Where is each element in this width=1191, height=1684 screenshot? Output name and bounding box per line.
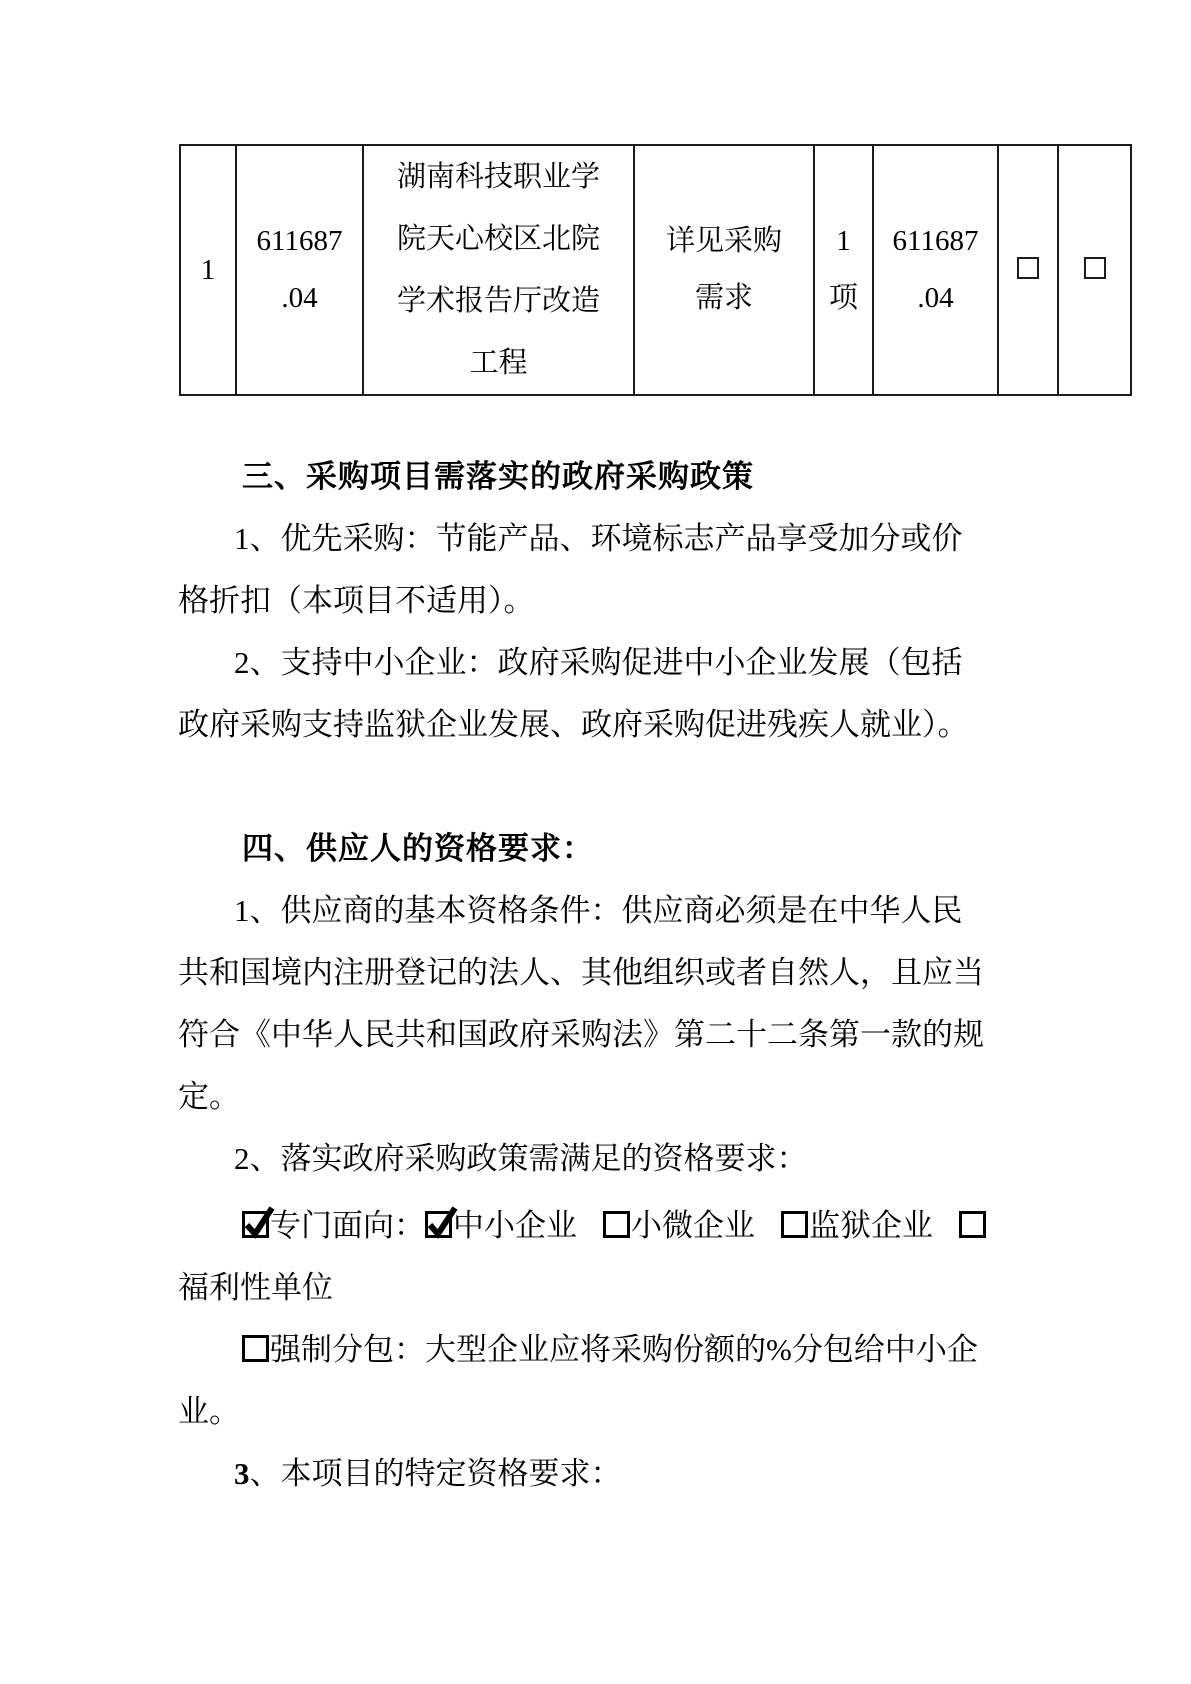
paragraph-line: 3、本项目的特定资格要求： [178, 1443, 1022, 1505]
mandatory-subcontract-line: 强制分包：大型企业应将采购份额的%分包给中小企 [178, 1319, 1022, 1381]
project-name-line: 湖南科技职业学 [364, 146, 633, 208]
budget-line: .04 [237, 270, 362, 327]
project-name-line: 院天心校区北院 [364, 208, 633, 270]
amount-line: 611687 [874, 213, 997, 270]
paragraph-line: 1、供应商的基本资格条件：供应商必须是在中华人民 [178, 880, 1022, 942]
empty-checkbox-icon [242, 1335, 269, 1362]
paragraph-line: 2、落实政府采购政策需满足的资格要求： [178, 1128, 1022, 1190]
project-name-line: 学术报告厅改造 [364, 270, 633, 332]
cell-budget: 611687 .04 [236, 145, 363, 395]
empty-checkbox-icon [959, 1211, 986, 1238]
checked-checkbox-icon [242, 1211, 269, 1238]
paragraph-line: 业。 [178, 1381, 1022, 1443]
section4-heading: 四、供应人的资格要求： [178, 818, 1022, 880]
empty-checkbox-icon [1084, 257, 1106, 279]
paragraph-line: 2、支持中小企业：政府采购促进中小企业发展（包括 [178, 632, 1022, 694]
specially-for-label: 专门面向： [270, 1208, 425, 1243]
paragraph-line: 1、优先采购：节能产品、环境标志产品享受加分或价 [178, 508, 1022, 570]
paragraph-line: 格折扣（本项目不适用）。 [178, 570, 1022, 632]
cell-amount: 611687 .04 [873, 145, 998, 395]
item-number: 3 [234, 1456, 250, 1491]
option-label: 小微企业 [631, 1208, 755, 1243]
budget-line: 611687 [237, 213, 362, 270]
cell-option2 [1058, 145, 1131, 395]
procurement-lots-table: 1 611687 .04 湖南科技职业学 院天心校区北院 学术报告厅改造 工程 … [179, 144, 1132, 396]
checked-checkbox-icon [425, 1211, 452, 1238]
option-label-wrapped: 福利性单位 [178, 1257, 1022, 1319]
document-page: 1 611687 .04 湖南科技职业学 院天心校区北院 学术报告厅改造 工程 … [0, 0, 1191, 1684]
project-name-line: 工程 [364, 332, 633, 394]
cell-seq: 1 [180, 145, 236, 395]
paragraph-line: 定。 [178, 1066, 1022, 1128]
cell-option1 [998, 145, 1058, 395]
mandatory-subcontract-text: 强制分包：大型企业应将采购份额的%分包给中小企 [270, 1332, 978, 1367]
qty-line: 1 [815, 213, 872, 270]
document-body: 三、采购项目需落实的政府采购政策 1、优先采购：节能产品、环境标志产品享受加分或… [178, 446, 1022, 1505]
cell-spec: 详见采购 需求 [634, 145, 814, 395]
paragraph-line: 符合《中华人民共和国政府采购法》第二十二条第一款的规 [178, 1004, 1022, 1066]
seq-value: 1 [201, 254, 216, 286]
empty-checkbox-icon [781, 1211, 808, 1238]
option-label: 中小企业 [453, 1208, 577, 1243]
item-text: 、本项目的特定资格要求： [250, 1456, 622, 1491]
cell-qty: 1 项 [814, 145, 873, 395]
qty-line: 项 [815, 270, 872, 327]
cell-project-name: 湖南科技职业学 院天心校区北院 学术报告厅改造 工程 [363, 145, 634, 395]
paragraph-line: 政府采购支持监狱企业发展、政府采购促进残疾人就业）。 [178, 694, 1022, 756]
spec-line: 详见采购 [635, 213, 813, 270]
option-label: 监狱企业 [809, 1208, 933, 1243]
spec-line: 需求 [635, 270, 813, 327]
table-row: 1 611687 .04 湖南科技职业学 院天心校区北院 学术报告厅改造 工程 … [180, 145, 1131, 395]
empty-checkbox-icon [603, 1211, 630, 1238]
amount-line: .04 [874, 270, 997, 327]
section3-heading: 三、采购项目需落实的政府采购政策 [178, 446, 1022, 508]
specially-for-line: 专门面向： 中小企业小微企业监狱企业 [178, 1195, 1022, 1257]
empty-checkbox-icon [1017, 257, 1039, 279]
paragraph-line: 共和国境内注册登记的法人、其他组织或者自然人，且应当 [178, 942, 1022, 1004]
